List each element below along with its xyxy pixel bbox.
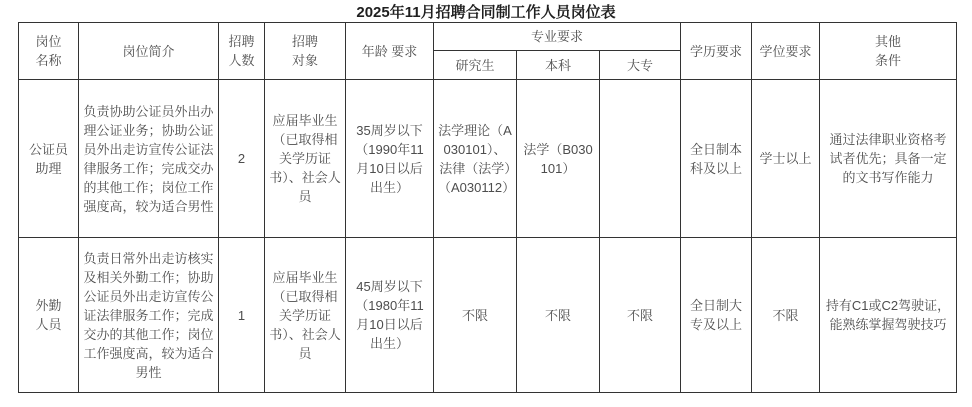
header-degree: 学位要求 bbox=[752, 23, 820, 80]
table-row-field-staff: 外勤 人员 负责日常外出走访核实及相关外勤工作；协助公证员外出走访宣传公证法律服… bbox=[19, 238, 957, 393]
cell-degree: 不限 bbox=[752, 238, 820, 393]
header-headcount: 招聘 人数 bbox=[219, 23, 265, 80]
cell-headcount: 1 bbox=[219, 238, 265, 393]
cell-major-bachelor: 法学（B030101） bbox=[517, 80, 600, 238]
header-row-top: 岗位 名称 岗位简介 招聘 人数 招聘 对象 年龄 要求 专业要求 学历要求 学… bbox=[19, 23, 957, 51]
header-major-college: 大专 bbox=[600, 51, 681, 80]
cell-degree: 学士以上 bbox=[752, 80, 820, 238]
cell-age: 45周岁以下（1980年11月10日以后出生） bbox=[346, 238, 434, 393]
cell-other: 持有C1或C2驾驶证，能熟练掌握驾驶技巧 bbox=[820, 238, 957, 393]
header-other: 其他 条件 bbox=[820, 23, 957, 80]
header-education: 学历要求 bbox=[681, 23, 752, 80]
cell-target: 应届毕业生（已取得相关学历证书）、社会人员 bbox=[265, 80, 346, 238]
job-positions-table: 岗位 名称 岗位简介 招聘 人数 招聘 对象 年龄 要求 专业要求 学历要求 学… bbox=[18, 22, 957, 393]
header-target: 招聘 对象 bbox=[265, 23, 346, 80]
cell-position-intro: 负责协助公证员外出办理公证业务；协助公证员外出走访宣传公证法律服务工作；完成交办… bbox=[79, 80, 219, 238]
header-position-name: 岗位 名称 bbox=[19, 23, 79, 80]
cell-headcount: 2 bbox=[219, 80, 265, 238]
cell-position-name: 外勤 人员 bbox=[19, 238, 79, 393]
header-major-group: 专业要求 bbox=[434, 23, 681, 51]
header-major-bachelor: 本科 bbox=[517, 51, 600, 80]
header-age: 年龄 要求 bbox=[346, 23, 434, 80]
header-major-grad: 研究生 bbox=[434, 51, 517, 80]
cell-major-grad: 法学理论（A030101）、法律（法学）（A030112） bbox=[434, 80, 517, 238]
cell-age: 35周岁以下（1990年11月10日以后出生） bbox=[346, 80, 434, 238]
cell-position-intro: 负责日常外出走访核实及相关外勤工作；协助公证员外出走访宣传公证法律服务工作；完成… bbox=[79, 238, 219, 393]
header-position-intro: 岗位简介 bbox=[79, 23, 219, 80]
cell-major-college bbox=[600, 80, 681, 238]
page-title: 2025年11月招聘合同制工作人员岗位表 bbox=[0, 0, 972, 22]
cell-other: 通过法律职业资格考试者优先；具备一定的文书写作能力 bbox=[820, 80, 957, 238]
cell-education: 全日制大专及以上 bbox=[681, 238, 752, 393]
cell-target: 应届毕业生（已取得相关学历证书）、社会人员 bbox=[265, 238, 346, 393]
cell-major-college: 不限 bbox=[600, 238, 681, 393]
cell-education: 全日制本科及以上 bbox=[681, 80, 752, 238]
cell-major-grad: 不限 bbox=[434, 238, 517, 393]
table-header: 岗位 名称 岗位简介 招聘 人数 招聘 对象 年龄 要求 专业要求 学历要求 学… bbox=[19, 23, 957, 80]
cell-major-bachelor: 不限 bbox=[517, 238, 600, 393]
table-row-notary-assistant: 公证员 助理 负责协助公证员外出办理公证业务；协助公证员外出走访宣传公证法律服务… bbox=[19, 80, 957, 238]
cell-position-name: 公证员 助理 bbox=[19, 80, 79, 238]
